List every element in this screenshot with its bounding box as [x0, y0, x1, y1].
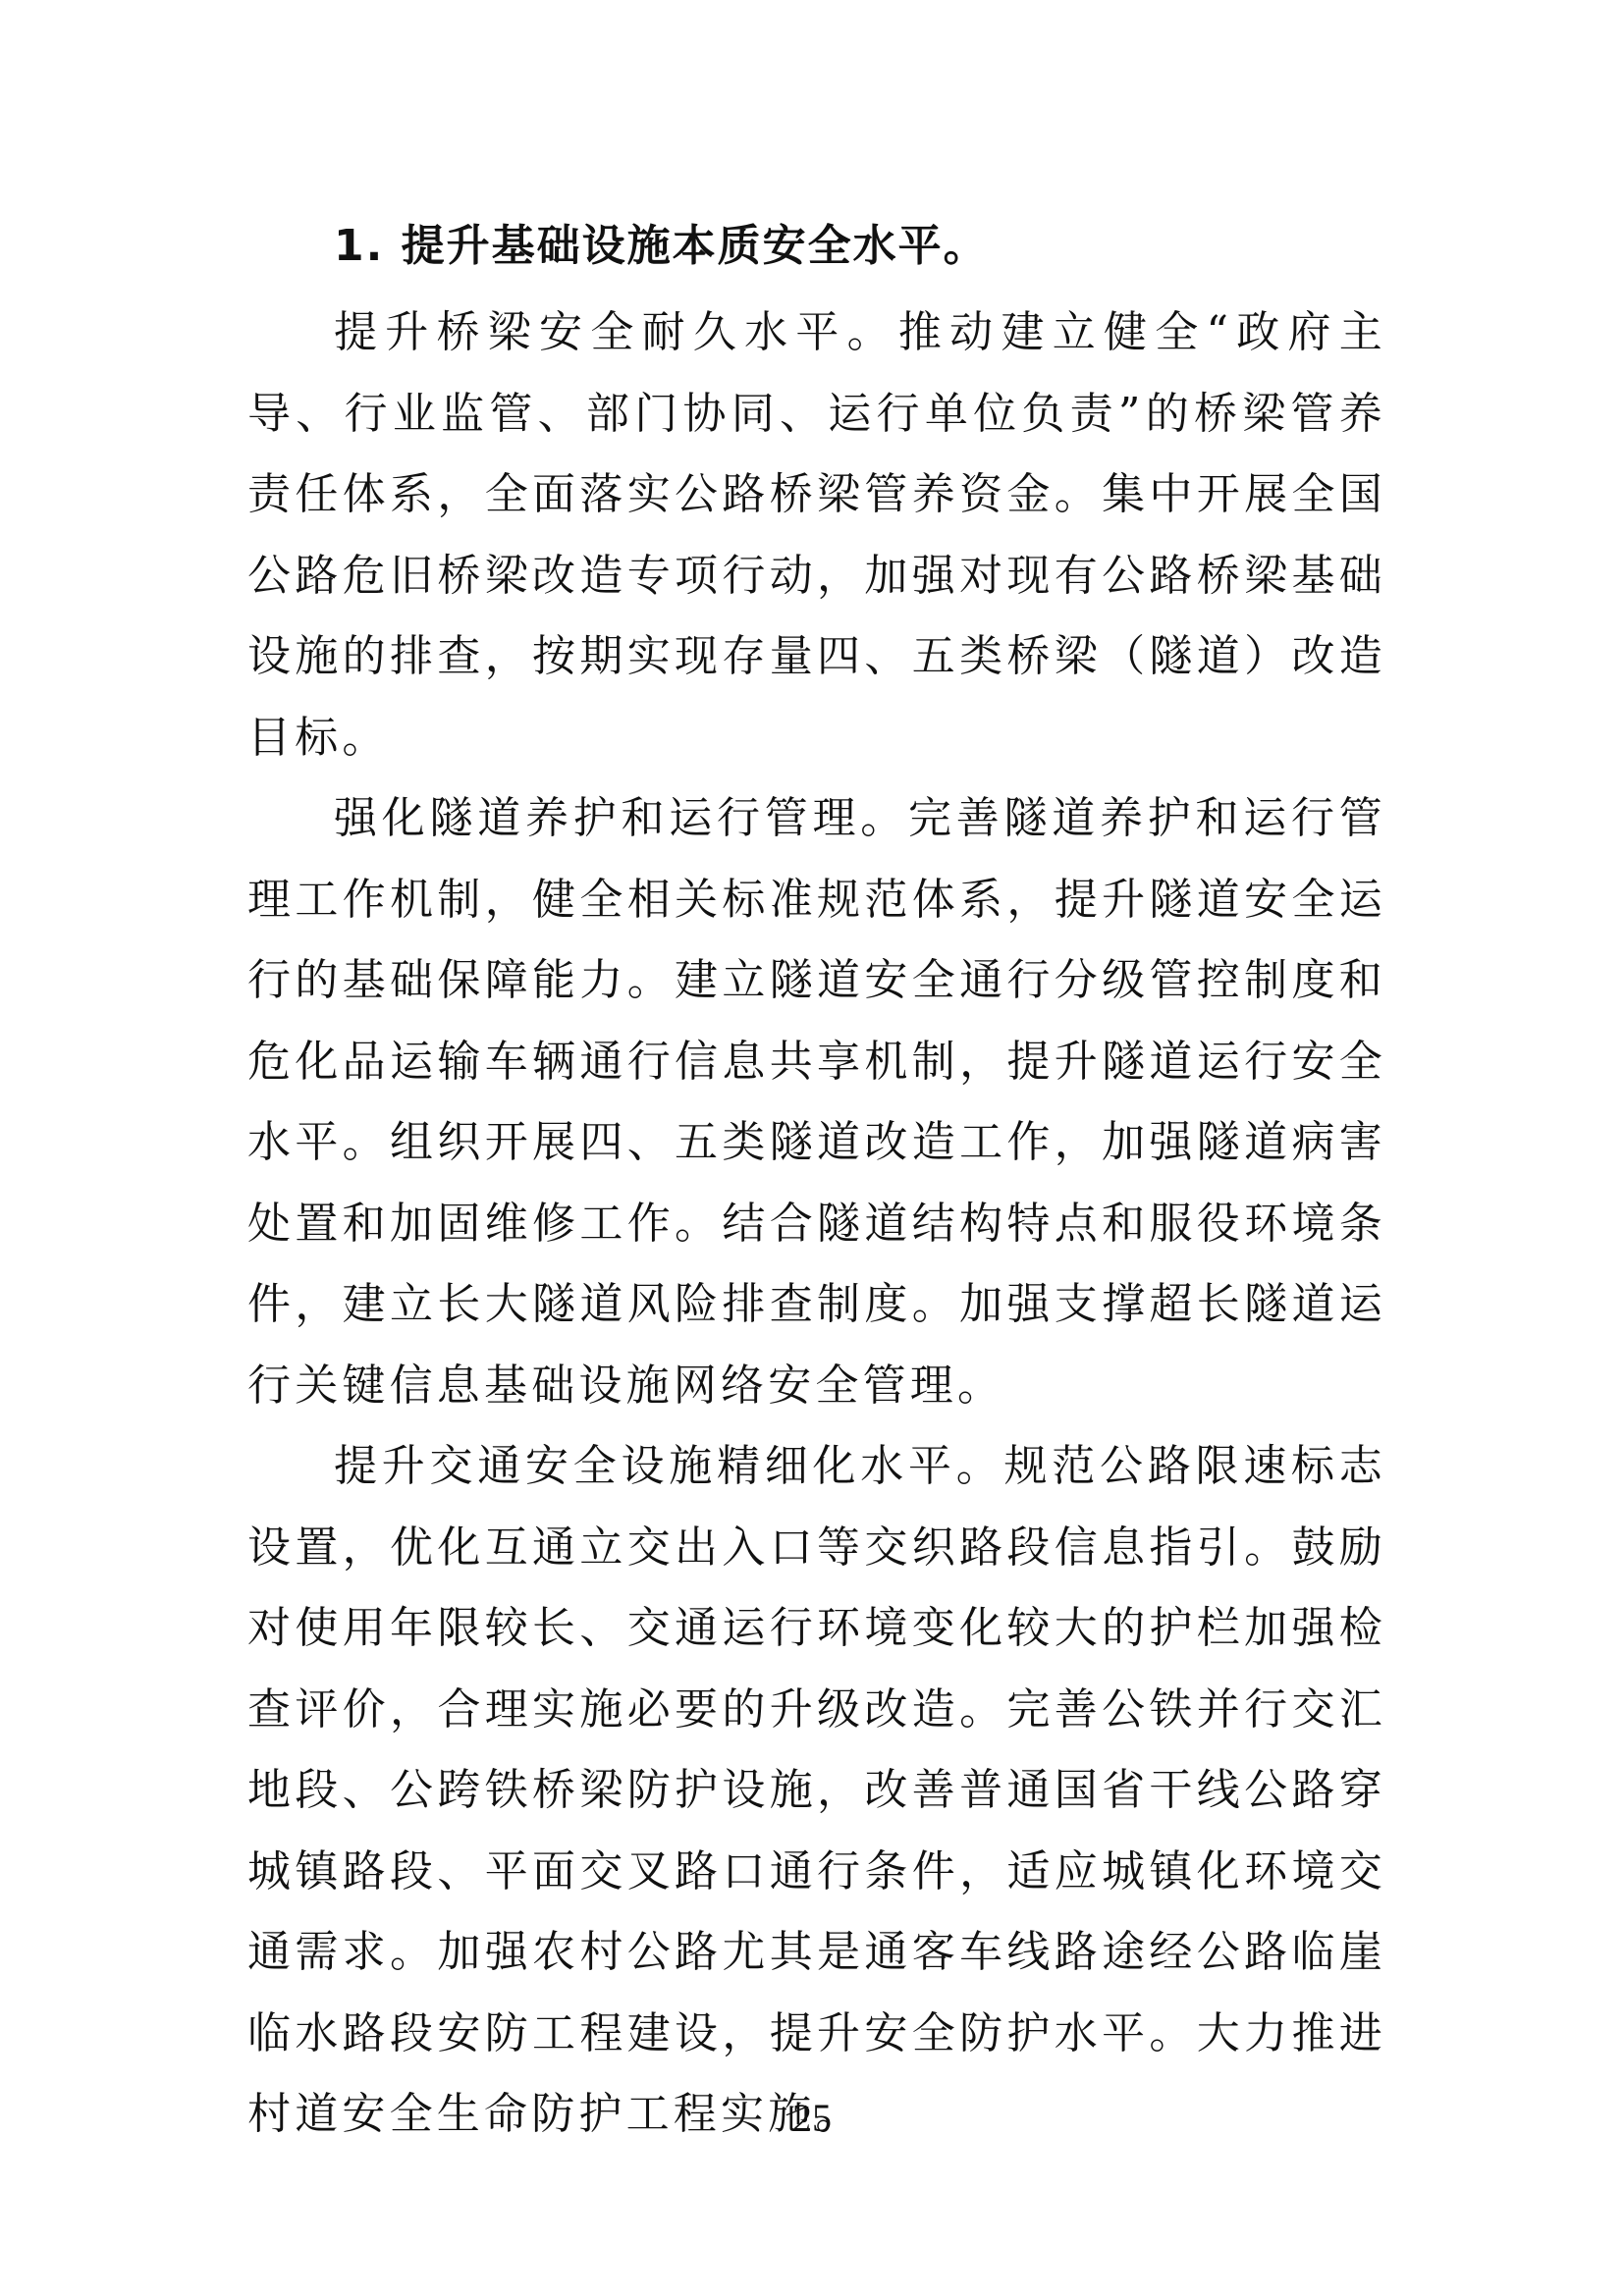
section-heading: 1. 提升基础设施本质安全水平。	[247, 206, 1386, 287]
document-page: 1. 提升基础设施本质安全水平。 提升桥梁安全耐久水平。推动建立健全“政府主导、…	[0, 0, 1624, 2296]
paragraph-tunnel-maintenance: 强化隧道养护和运行管理。完善隧道养护和运行管理工作机制，健全相关标准规范体系，提…	[247, 778, 1386, 1426]
paragraph-bridge-safety: 提升桥梁安全耐久水平。推动建立健全“政府主导、行业监管、部门协同、运行单位负责”…	[247, 293, 1386, 778]
page-content: 1. 提升基础设施本质安全水平。 提升桥梁安全耐久水平。推动建立健全“政府主导、…	[247, 206, 1386, 2156]
page-number: 25	[0, 2089, 1624, 2148]
paragraph-traffic-safety-facilities: 提升交通安全设施精细化水平。规范公路限速标志设置，优化互通立交出入口等交织路段信…	[247, 1426, 1386, 2156]
